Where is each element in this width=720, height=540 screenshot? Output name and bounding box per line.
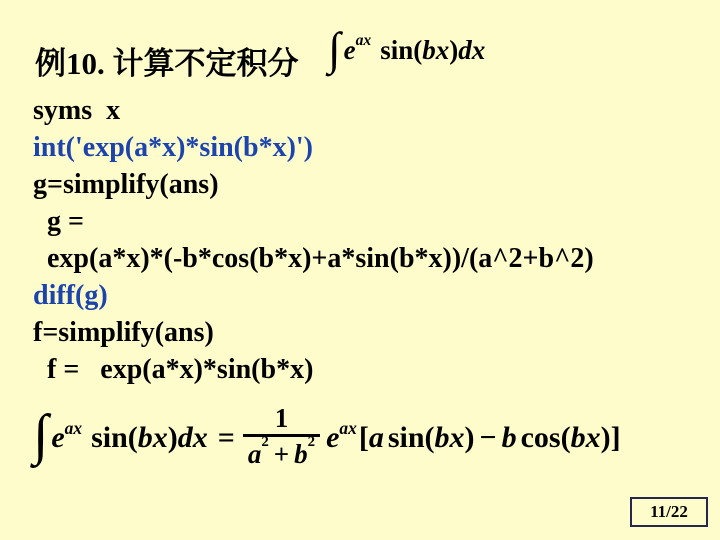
sin-argument: bx — [422, 35, 449, 66]
code-line: syms x — [33, 92, 594, 129]
code-line: exp(a*x)*(-b*cos(b*x)+a*sin(b*x))/(a^2+b… — [33, 240, 594, 277]
sin-function: sin( — [380, 35, 422, 66]
coef-a: a — [369, 421, 384, 455]
fraction-denominator: a2+b2 — [243, 434, 320, 472]
var-b: b — [294, 439, 308, 469]
code-line: int('exp(a*x)*sin(b*x)') — [33, 129, 594, 166]
result-formula: ∫ eax sin(bx)dx = 1 a2+b2 eax [asin(bx)−… — [33, 398, 621, 478]
page-number-text: 11/22 — [650, 502, 688, 522]
sin-function: sin( — [91, 421, 138, 455]
var-a: a — [248, 439, 262, 469]
sin-argument: bx — [435, 421, 465, 455]
minus-sign: − — [480, 421, 497, 455]
squared: 2 — [261, 434, 268, 450]
euler-e: e — [326, 421, 339, 455]
matlab-code-block: syms xint('exp(a*x)*sin(b*x)')g=simplify… — [33, 92, 594, 388]
plus-sign: + — [274, 439, 289, 469]
code-line: diff(g) — [33, 277, 594, 314]
fraction: 1 a2+b2 — [243, 404, 320, 471]
sin-argument: bx — [138, 421, 168, 455]
code-line: f=simplify(ans) — [33, 314, 594, 351]
sin-close-paren: ) — [465, 421, 475, 455]
code-line: f = exp(a*x)*sin(b*x) — [33, 351, 594, 388]
fraction-numerator: 1 — [271, 404, 293, 434]
differential-dx: dx — [458, 35, 485, 66]
presentation-slide: 例10. 计算不定积分 ∫ eax sin(bx)dx syms xint('e… — [0, 0, 720, 540]
equals-sign: = — [218, 421, 235, 455]
code-line: g = — [33, 203, 594, 240]
euler-e: e — [344, 35, 356, 66]
squared: 2 — [308, 434, 315, 450]
sin-close-paren: ) — [168, 421, 178, 455]
integral-sign: ∫ — [328, 26, 341, 72]
integral-sign: ∫ — [33, 407, 48, 463]
cos-function: cos( — [521, 421, 571, 455]
differential-dx: dx — [178, 421, 208, 455]
page-number-badge: 11/22 — [630, 497, 708, 527]
title-integral-formula: ∫ eax sin(bx)dx — [328, 27, 485, 73]
euler-e: e — [51, 421, 64, 455]
coef-b: b — [502, 421, 517, 455]
sin-close-paren: ) — [449, 35, 458, 66]
sin-function: sin( — [388, 421, 435, 455]
cos-close-paren: ) — [601, 421, 611, 455]
close-bracket: ] — [611, 421, 621, 455]
code-line: g=simplify(ans) — [33, 166, 594, 203]
open-bracket: [ — [359, 421, 369, 455]
cos-argument: bx — [571, 421, 601, 455]
slide-title: 例10. 计算不定积分 — [35, 38, 299, 83]
